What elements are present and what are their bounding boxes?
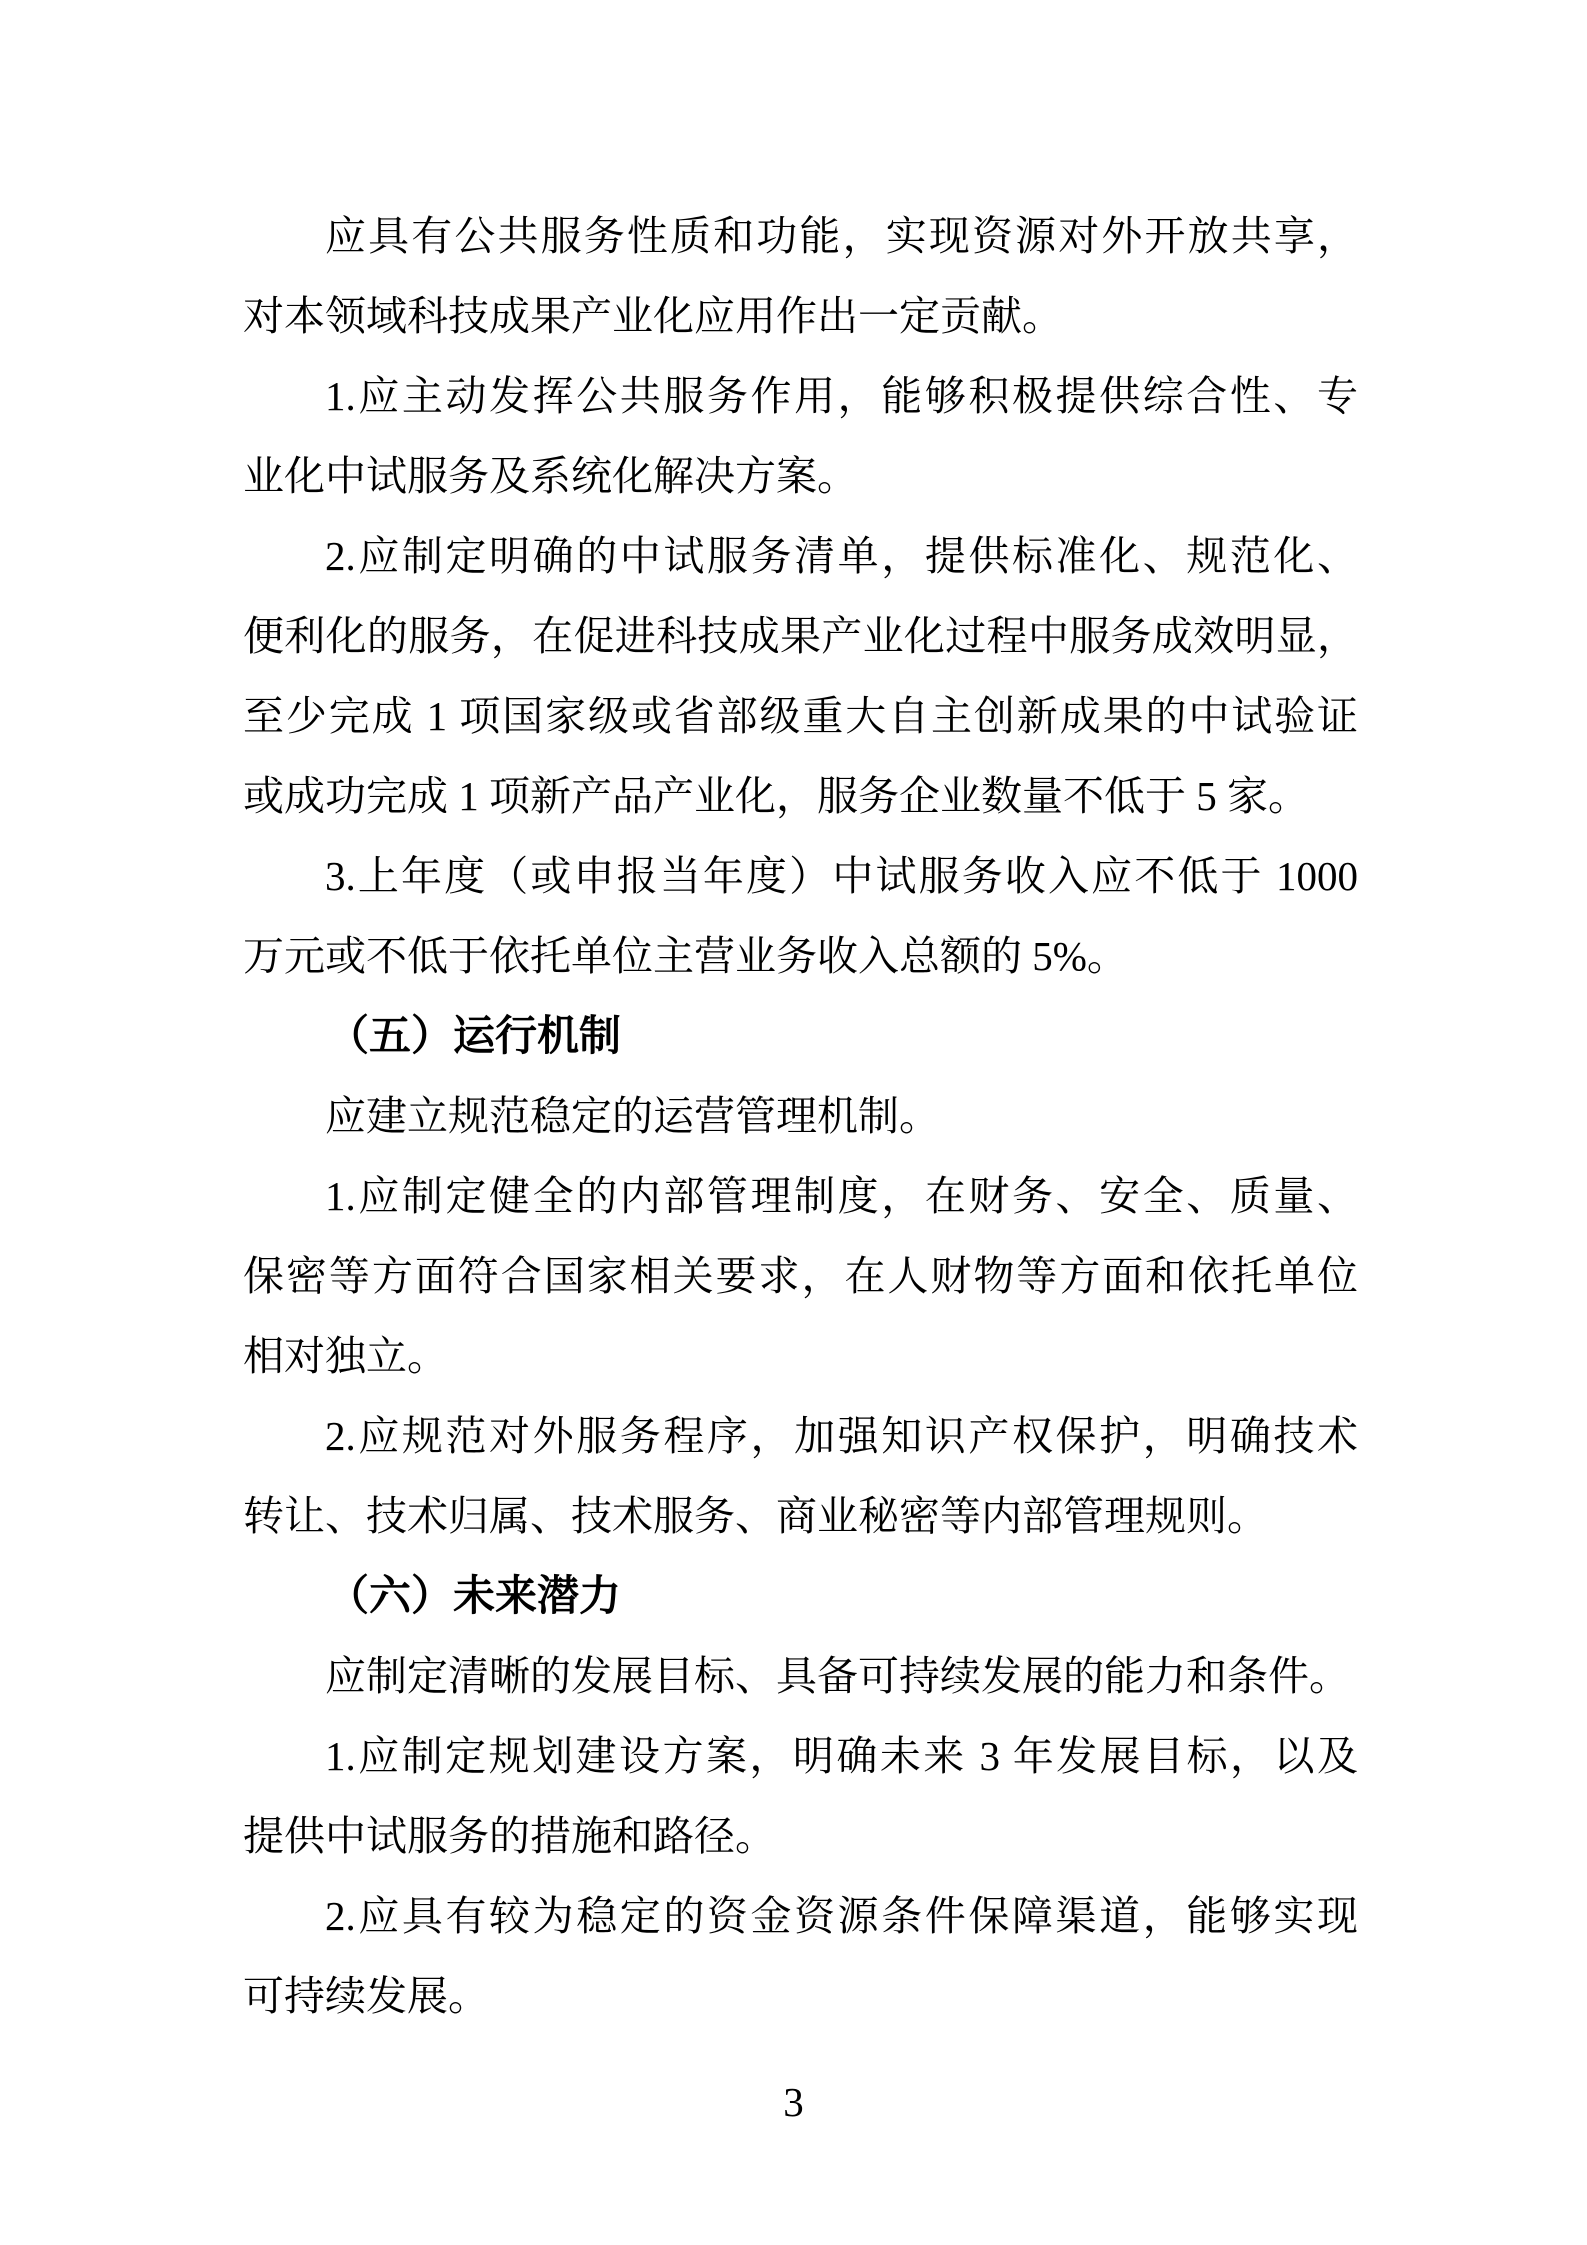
paragraph-line: 至少完成 1 项国家级或省部级重大自主创新成果的中试验证 [243, 676, 1358, 756]
paragraph-line: 1.应主动发挥公共服务作用，能够积极提供综合性、专 [243, 356, 1358, 436]
page-number: 3 [783, 2079, 804, 2125]
paragraph-line: 2.应具有较为稳定的资金资源条件保障渠道，能够实现 [243, 1876, 1358, 1956]
paragraph-line: 应具有公共服务性质和功能，实现资源对外开放共享， [243, 196, 1358, 276]
paragraph-line: 1.应制定健全的内部管理制度，在财务、安全、质量、 [243, 1156, 1358, 1236]
paragraph-line: 相对独立。 [243, 1316, 1358, 1396]
paragraph-line: 对本领域科技成果产业化应用作出一定贡献。 [243, 276, 1358, 356]
paragraph-line: 业化中试服务及系统化解决方案。 [243, 436, 1358, 516]
paragraph-line: 或成功完成 1 项新产品产业化，服务企业数量不低于 5 家。 [243, 756, 1358, 836]
paragraph-line: 2.应制定明确的中试服务清单，提供标准化、规范化、 [243, 516, 1358, 596]
paragraph-line: 3.上年度（或申报当年度）中试服务收入应不低于 1000 [243, 836, 1358, 916]
paragraph-line: 1.应制定规划建设方案，明确未来 3 年发展目标，以及 [243, 1716, 1358, 1796]
paragraph-line: 2.应规范对外服务程序，加强知识产权保护，明确技术 [243, 1396, 1358, 1476]
page-footer: 3 [0, 2072, 1587, 2132]
section-heading: （五）运行机制 [243, 996, 1358, 1076]
paragraph-line: 转让、技术归属、技术服务、商业秘密等内部管理规则。 [243, 1476, 1358, 1556]
paragraph-line: 便利化的服务，在促进科技成果产业化过程中服务成效明显， [243, 596, 1358, 676]
paragraph-line: 万元或不低于依托单位主营业务收入总额的 5%。 [243, 916, 1358, 996]
paragraph-line: 应建立规范稳定的运营管理机制。 [243, 1076, 1358, 1156]
paragraph-line: 可持续发展。 [243, 1956, 1358, 2036]
paragraph-line: 应制定清晰的发展目标、具备可持续发展的能力和条件。 [243, 1636, 1358, 1716]
section-heading: （六）未来潜力 [243, 1556, 1358, 1636]
document-page: 应具有公共服务性质和功能，实现资源对外开放共享，对本领域科技成果产业化应用作出一… [0, 0, 1587, 2245]
document-body: 应具有公共服务性质和功能，实现资源对外开放共享，对本领域科技成果产业化应用作出一… [243, 196, 1358, 2036]
paragraph-line: 保密等方面符合国家相关要求，在人财物等方面和依托单位 [243, 1236, 1358, 1316]
paragraph-line: 提供中试服务的措施和路径。 [243, 1796, 1358, 1876]
